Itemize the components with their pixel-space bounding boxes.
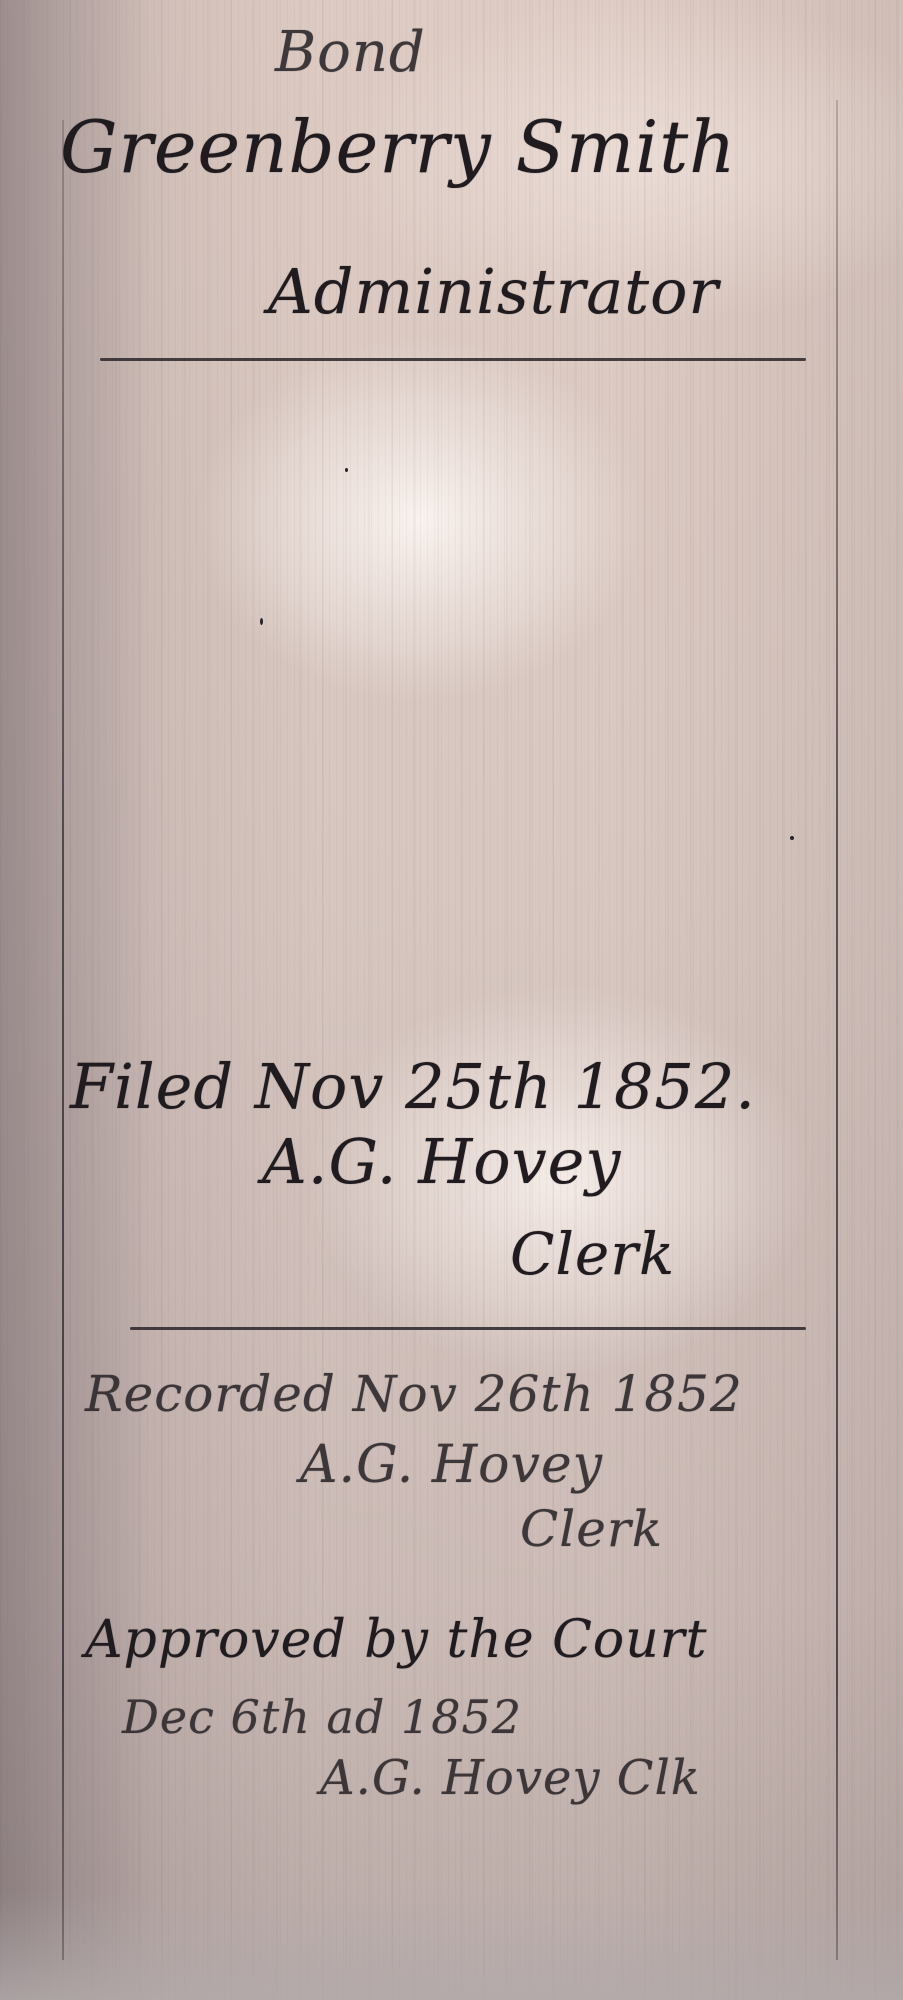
recorded-clerk-title: Clerk bbox=[520, 1500, 663, 1558]
document-title: Bond bbox=[275, 20, 426, 85]
recorded-signature: A.G. Hovey bbox=[300, 1435, 603, 1495]
header-divider bbox=[100, 358, 806, 361]
left-margin-rule bbox=[62, 120, 64, 1960]
right-margin-rule bbox=[836, 100, 838, 1960]
ink-speck bbox=[260, 618, 263, 625]
filed-signature: A.G. Hovey bbox=[262, 1125, 621, 1198]
approved-date: Dec 6th ad 1852 bbox=[122, 1690, 522, 1744]
approved-line: Approved by the Court bbox=[85, 1610, 707, 1670]
filed-line: Filed Nov 25th 1852. bbox=[70, 1050, 756, 1123]
document-page: Bond Greenberry Smith Administrator File… bbox=[0, 0, 903, 2000]
party-role: Administrator bbox=[268, 255, 719, 328]
filed-clerk-title: Clerk bbox=[510, 1220, 675, 1288]
party-name: Greenberry Smith bbox=[60, 105, 737, 189]
recorded-line: Recorded Nov 26th 1852 bbox=[85, 1365, 743, 1423]
approved-signature: A.G. Hovey Clk bbox=[320, 1750, 701, 1806]
filed-divider bbox=[130, 1327, 806, 1330]
ink-speck bbox=[345, 468, 348, 472]
bottom-shadow bbox=[0, 1890, 903, 2000]
ink-speck bbox=[790, 836, 794, 840]
